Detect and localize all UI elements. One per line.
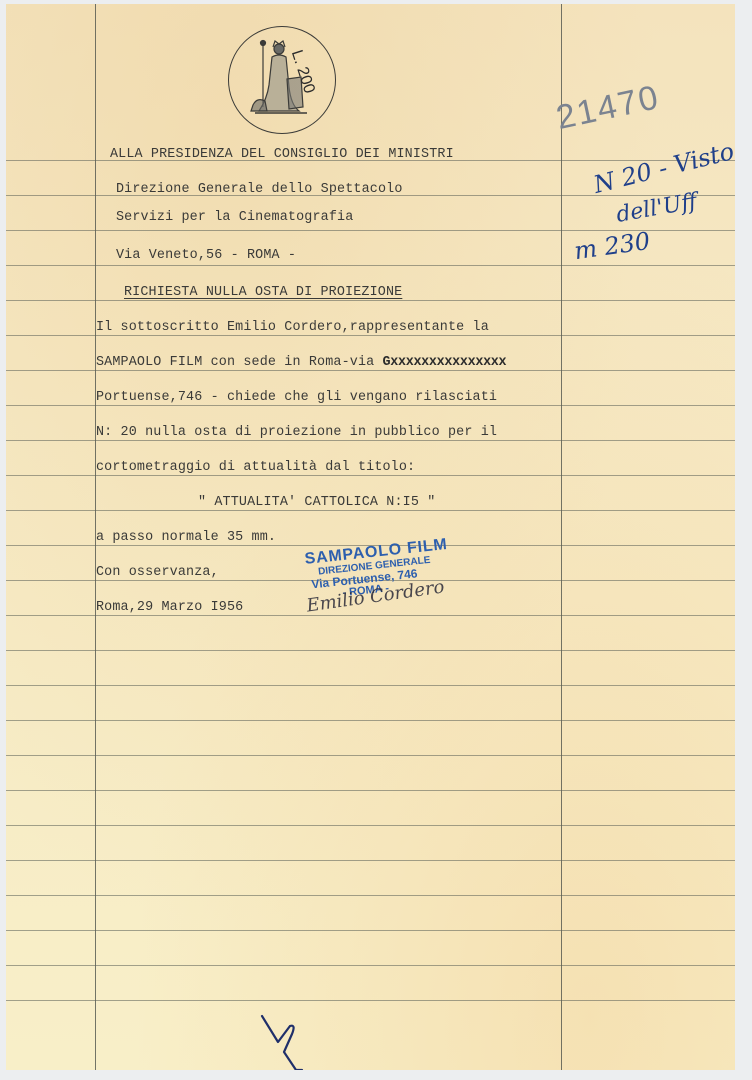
archive-number: 21470 xyxy=(553,78,663,138)
ruled-line xyxy=(6,825,735,826)
body-line1: Il sottoscritto Emilio Cordero,rappresen… xyxy=(96,320,489,335)
italia-turrita-seal-icon xyxy=(229,27,335,133)
ruled-line xyxy=(6,790,735,791)
film-title: " ATTUALITA' CATTOLICA N:I5 " xyxy=(198,495,435,510)
ruled-line xyxy=(6,895,735,896)
body-line5: cortometraggio di attualità dal titolo: xyxy=(96,460,415,475)
body-line2: SAMPAOLO FILM con sede in Roma-via Gxxxx… xyxy=(96,355,506,370)
ruled-line xyxy=(6,755,735,756)
ruled-line xyxy=(6,335,735,336)
ruled-line xyxy=(6,650,735,651)
ruled-line xyxy=(6,1000,735,1001)
addressee-line1: ALLA PRESIDENZA DEL CONSIGLIO DEI MINIST… xyxy=(110,147,454,162)
document-page: L. 200 21470 N 20 - Visto dell'Uff m 230… xyxy=(6,4,735,1070)
ruled-line xyxy=(6,685,735,686)
place-date: Roma,29 Marzo I956 xyxy=(96,600,243,615)
right-margin-line xyxy=(561,4,562,1070)
ruled-line xyxy=(6,860,735,861)
ruled-line xyxy=(6,300,735,301)
struck-out-text: Gxxxxxxxxxxxxxxx xyxy=(383,355,507,370)
ruled-line xyxy=(6,720,735,721)
addressee-line4: Via Veneto,56 - ROMA - xyxy=(116,248,296,263)
revenue-stamp xyxy=(228,26,336,134)
ruled-line xyxy=(6,440,735,441)
handwritten-initial-icon xyxy=(256,1012,316,1070)
ruled-line xyxy=(6,370,735,371)
body-line3: Portuense,746 - chiede che gli vengano r… xyxy=(96,390,497,405)
ruled-line xyxy=(6,475,735,476)
subject-heading: RICHIESTA NULLA OSTA DI PROIEZIONE xyxy=(124,285,402,300)
body-line2-text: SAMPAOLO FILM con sede in Roma-via xyxy=(96,355,383,370)
addressee-line2: Direzione Generale dello Spettacolo xyxy=(116,182,403,197)
ruled-line xyxy=(6,405,735,406)
addressee-line3: Servizi per la Cinematografia xyxy=(116,210,353,225)
margin-note-line1: N 20 - Visto xyxy=(591,137,735,199)
ruled-line xyxy=(6,965,735,966)
ruled-line xyxy=(6,615,735,616)
body-line7: a passo normale 35 mm. xyxy=(96,530,276,545)
margin-note-line3: m 230 xyxy=(572,227,651,265)
ruled-line xyxy=(6,510,735,511)
closing: Con osservanza, xyxy=(96,565,219,580)
ruled-line xyxy=(6,265,735,266)
ruled-line xyxy=(6,930,735,931)
body-line4: N: 20 nulla osta di proiezione in pubbli… xyxy=(96,425,497,440)
